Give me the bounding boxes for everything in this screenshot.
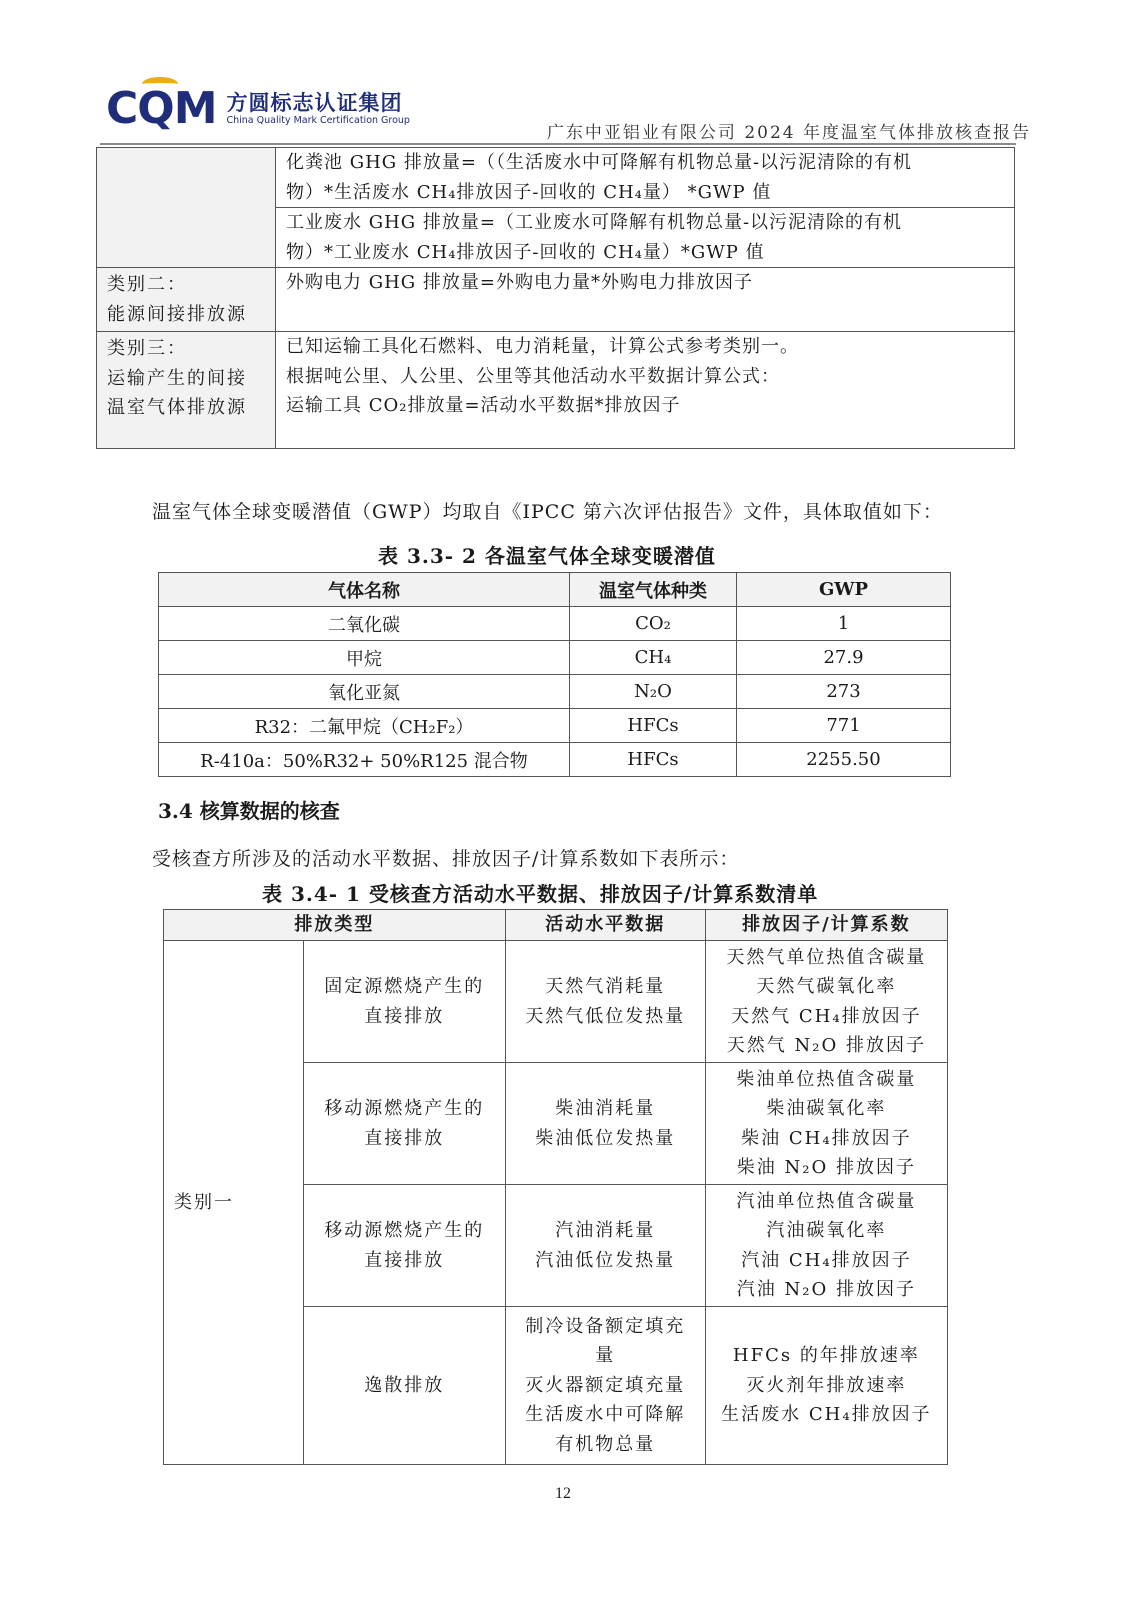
- table-row: 类别三： 运输产生的间接 温室气体排放源 已知运输工具化石燃料、电力消耗量，计算…: [97, 332, 1015, 449]
- gwp-value-cell: 273: [737, 675, 951, 709]
- formula-cell: 工业废水 GHG 排放量=（工业废水可降解有机物总量-以污泥清除的有机 物）*工…: [276, 208, 1015, 268]
- factor-line: 天然气单位热值含碳量: [706, 943, 947, 973]
- gwp-value-cell: 771: [737, 709, 951, 743]
- emission-type-cell: 固定源燃烧产生的 直接排放: [303, 941, 505, 1063]
- category-cell: 类别二： 能源间接排放源: [97, 268, 276, 332]
- emission-type-line: 直接排放: [304, 1124, 505, 1154]
- page-number: 12: [555, 1485, 571, 1503]
- formula-line: 运输工具 CO₂排放量=活动水平数据*排放因子: [286, 391, 1004, 421]
- formula-cell: 化粪池 GHG 排放量=（（生活废水中可降解有机物总量-以污泥清除的有机 物）*…: [276, 148, 1015, 208]
- factor-cell: 天然气单位热值含碳量 天然气碳氧化率 天然气 CH₄排放因子 天然气 N₂O 排…: [705, 941, 947, 1063]
- activity-line: 灭火器额定填充量: [506, 1371, 705, 1401]
- activity-line: 汽油消耗量: [506, 1216, 705, 1246]
- formula-line: 已知运输工具化石燃料、电力消耗量，计算公式参考类别一。: [286, 332, 1004, 362]
- gwp-table: 气体名称 温室气体种类 GWP 二氧化碳 CO₂ 1 甲烷 CH₄ 27.9 氧…: [158, 572, 951, 777]
- cqm-logo: CQM 方圆标志认证集团 China Quality Mark Certific…: [106, 84, 410, 134]
- factor-line: 生活废水 CH₄排放因子: [706, 1400, 947, 1430]
- gas-type-cell: CO₂: [570, 607, 737, 641]
- gwp-value-cell: 2255.50: [737, 743, 951, 777]
- formula-line: 工业废水 GHG 排放量=（工业废水可降解有机物总量-以污泥清除的有机: [286, 208, 1004, 238]
- formula-line: 根据吨公里、人公里、公里等其他活动水平数据计算公式：: [286, 362, 1004, 392]
- emission-type-line: 逸散排放: [304, 1371, 505, 1401]
- logo-mark: CQM: [106, 87, 216, 131]
- factor-cell: 汽油单位热值含碳量 汽油碳氧化率 汽油 CH₄排放因子 汽油 N₂O 排放因子: [705, 1185, 947, 1307]
- emission-type-cell: 逸散排放: [303, 1307, 505, 1465]
- category-cell: 类别一: [164, 941, 304, 1465]
- gas-name-cell: 氧化亚氮: [159, 675, 570, 709]
- activity-data-cell: 制冷设备额定填充 量 灭火器额定填充量 生活废水中可降解 有机物总量: [505, 1307, 705, 1465]
- activity-table-caption: 表 3.4- 1 受核查方活动水平数据、排放因子/计算系数清单: [262, 878, 818, 907]
- formula-line: 外购电力 GHG 排放量=外购电力量*外购电力排放因子: [286, 268, 1004, 298]
- category-label: 温室气体排放源: [107, 393, 265, 423]
- factor-cell: 柴油单位热值含碳量 柴油碳氧化率 柴油 CH₄排放因子 柴油 N₂O 排放因子: [705, 1063, 947, 1185]
- column-header: 排放因子/计算系数: [705, 910, 947, 941]
- report-title: 广东中亚铝业有限公司 2024 年度温室气体排放核查报告: [547, 118, 1031, 143]
- activity-line: 汽油低位发热量: [506, 1246, 705, 1276]
- table-row: R32：二氟甲烷（CH₂F₂） HFCs 771: [159, 709, 951, 743]
- formula-line: 物）*工业废水 CH₄排放因子-回收的 CH₄量）*GWP 值: [286, 238, 1004, 268]
- gwp-value-cell: 1: [737, 607, 951, 641]
- factor-line: 汽油 CH₄排放因子: [706, 1246, 947, 1276]
- gwp-value-cell: 27.9: [737, 641, 951, 675]
- table-row: 甲烷 CH₄ 27.9: [159, 641, 951, 675]
- table-header-row: 排放类型 活动水平数据 排放因子/计算系数: [164, 910, 948, 941]
- factor-line: 柴油单位热值含碳量: [706, 1065, 947, 1095]
- formula-table: 化粪池 GHG 排放量=（（生活废水中可降解有机物总量-以污泥清除的有机 物）*…: [96, 147, 1015, 449]
- table-row: 氧化亚氮 N₂O 273: [159, 675, 951, 709]
- category-cell: 类别三： 运输产生的间接 温室气体排放源: [97, 332, 276, 449]
- activity-line: 生活废水中可降解: [506, 1400, 705, 1430]
- gwp-table-caption: 表 3.3- 2 各温室气体全球变暖潜值: [378, 540, 716, 569]
- table-row: 类别一 固定源燃烧产生的 直接排放 天然气消耗量 天然气低位发热量 天然气单位热…: [164, 941, 948, 1063]
- factor-cell: HFCs 的年排放速率 灭火剂年排放速率 生活废水 CH₄排放因子: [705, 1307, 947, 1465]
- factor-line: 汽油 N₂O 排放因子: [706, 1275, 947, 1305]
- factor-line: 柴油 CH₄排放因子: [706, 1124, 947, 1154]
- factor-line: 天然气 CH₄排放因子: [706, 1002, 947, 1032]
- formula-line: 化粪池 GHG 排放量=（（生活废水中可降解有机物总量-以污泥清除的有机: [286, 148, 1004, 178]
- factor-line: 汽油单位热值含碳量: [706, 1187, 947, 1217]
- activity-line: 量: [506, 1341, 705, 1371]
- factor-line: 柴油 N₂O 排放因子: [706, 1153, 947, 1183]
- activity-line: 天然气低位发热量: [506, 1002, 705, 1032]
- logo-arc-icon: [142, 77, 178, 91]
- activity-data-table: 排放类型 活动水平数据 排放因子/计算系数 类别一 固定源燃烧产生的 直接排放 …: [163, 909, 948, 1465]
- activity-line: 制冷设备额定填充: [506, 1312, 705, 1342]
- gas-type-cell: CH₄: [570, 641, 737, 675]
- formula-cell: 外购电力 GHG 排放量=外购电力量*外购电力排放因子: [276, 268, 1015, 332]
- activity-data-cell: 汽油消耗量 汽油低位发热量: [505, 1185, 705, 1307]
- section-heading: 3.4 核算数据的核查: [158, 795, 340, 824]
- emission-type-cell: 移动源燃烧产生的 直接排放: [303, 1185, 505, 1307]
- formula-cell: 已知运输工具化石燃料、电力消耗量，计算公式参考类别一。 根据吨公里、人公里、公里…: [276, 332, 1015, 449]
- table-row: 二氧化碳 CO₂ 1: [159, 607, 951, 641]
- table-header-row: 气体名称 温室气体种类 GWP: [159, 573, 951, 607]
- gas-type-cell: HFCs: [570, 709, 737, 743]
- logo-chinese-name: 方圆标志认证集团: [226, 91, 409, 115]
- emission-type-line: 移动源燃烧产生的: [304, 1216, 505, 1246]
- activity-line: 柴油消耗量: [506, 1094, 705, 1124]
- header-divider: [100, 143, 1016, 145]
- factor-line: 天然气 N₂O 排放因子: [706, 1031, 947, 1061]
- logo-english-name: China Quality Mark Certification Group: [226, 115, 409, 127]
- gas-name-cell: R-410a：50%R32+ 50%R125 混合物: [159, 743, 570, 777]
- activity-line: 有机物总量: [506, 1430, 705, 1460]
- factor-line: 天然气碳氧化率: [706, 972, 947, 1002]
- gas-type-cell: N₂O: [570, 675, 737, 709]
- category-cell: [97, 148, 276, 268]
- table-row: R-410a：50%R32+ 50%R125 混合物 HFCs 2255.50: [159, 743, 951, 777]
- section-intro-paragraph: 受核查方所涉及的活动水平数据、排放因子/计算系数如下表所示：: [152, 844, 739, 871]
- emission-type-line: 直接排放: [304, 1002, 505, 1032]
- category-label: 运输产生的间接: [107, 364, 265, 394]
- factor-line: HFCs 的年排放速率: [706, 1341, 947, 1371]
- emission-type-line: 直接排放: [304, 1246, 505, 1276]
- emission-type-cell: 移动源燃烧产生的 直接排放: [303, 1063, 505, 1185]
- emission-type-line: 固定源燃烧产生的: [304, 972, 505, 1002]
- gas-name-cell: R32：二氟甲烷（CH₂F₂）: [159, 709, 570, 743]
- activity-line: 柴油低位发热量: [506, 1124, 705, 1154]
- emission-type-line: 移动源燃烧产生的: [304, 1094, 505, 1124]
- formula-line: 物）*生活废水 CH₄排放因子-回收的 CH₄量） *GWP 值: [286, 178, 1004, 208]
- column-header: 气体名称: [159, 573, 570, 607]
- column-header: GWP: [737, 573, 951, 607]
- table-row: 类别二： 能源间接排放源 外购电力 GHG 排放量=外购电力量*外购电力排放因子: [97, 268, 1015, 332]
- factor-line: 柴油碳氧化率: [706, 1094, 947, 1124]
- column-header: 温室气体种类: [570, 573, 737, 607]
- activity-data-cell: 柴油消耗量 柴油低位发热量: [505, 1063, 705, 1185]
- column-header: 活动水平数据: [505, 910, 705, 941]
- activity-line: 天然气消耗量: [506, 972, 705, 1002]
- gas-name-cell: 甲烷: [159, 641, 570, 675]
- factor-line: 灭火剂年排放速率: [706, 1371, 947, 1401]
- table-row: 化粪池 GHG 排放量=（（生活废水中可降解有机物总量-以污泥清除的有机 物）*…: [97, 148, 1015, 208]
- gas-type-cell: HFCs: [570, 743, 737, 777]
- category-label: 类别三：: [107, 334, 265, 364]
- gwp-intro-paragraph: 温室气体全球变暖潜值（GWP）均取自《IPCC 第六次评估报告》文件，具体取值如…: [152, 497, 943, 524]
- category-label: 能源间接排放源: [107, 300, 265, 330]
- gas-name-cell: 二氧化碳: [159, 607, 570, 641]
- factor-line: 汽油碳氧化率: [706, 1216, 947, 1246]
- column-header: 排放类型: [164, 910, 506, 941]
- activity-data-cell: 天然气消耗量 天然气低位发热量: [505, 941, 705, 1063]
- category-label: 类别二：: [107, 270, 265, 300]
